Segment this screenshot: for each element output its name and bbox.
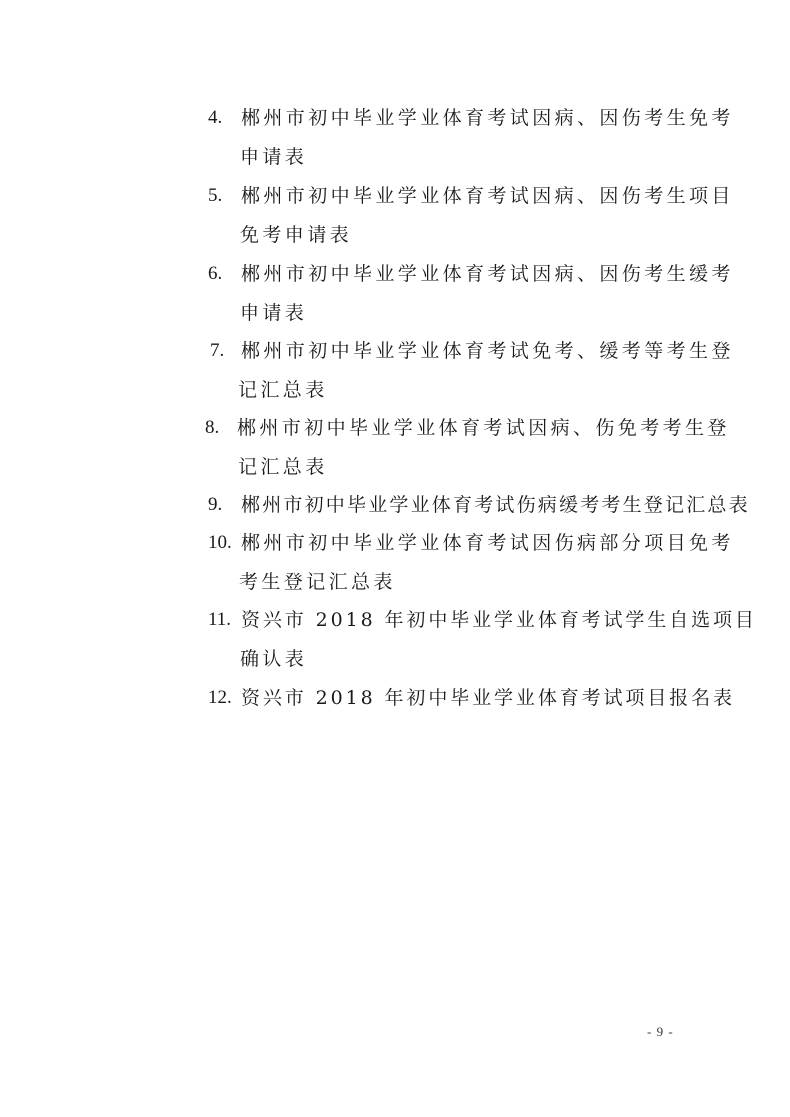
item-number: 5. (208, 184, 222, 208)
item-number: 12. (208, 686, 232, 710)
item-line: 郴州市初中毕业学业体育考试免考、缓考等考生登 (241, 339, 734, 363)
item-line: 申请表 (240, 145, 307, 169)
item-number: 9. (208, 493, 222, 517)
item-number: 7. (210, 339, 224, 363)
item-line: 考生登记汇总表 (239, 570, 396, 594)
item-line: 确认表 (240, 647, 307, 671)
item-number: 11. (208, 608, 231, 632)
item-line: 资兴市 2018 年初中毕业学业体育考试项目报名表 (241, 686, 735, 710)
page-number: - 9 - (647, 1024, 674, 1040)
item-line: 郴州市初中毕业学业体育考试因病、伤免考考生登 (237, 416, 730, 440)
item-number: 6. (208, 262, 222, 286)
item-line: 申请表 (240, 301, 307, 325)
item-line: 记汇总表 (238, 455, 328, 479)
item-number: 8. (205, 416, 219, 440)
item-line: 记汇总表 (238, 378, 328, 402)
item-number: 10. (208, 531, 232, 555)
item-line: 资兴市 2018 年初中毕业学业体育考试学生自选项目 (241, 608, 757, 632)
item-number: 4. (208, 106, 222, 130)
item-line: 郴州市初中毕业学业体育考试因病、因伤考生缓考 (241, 262, 734, 286)
item-line: 郴州市初中毕业学业体育考试伤病缓考考生登记汇总表 (241, 493, 750, 517)
item-line: 郴州市初中毕业学业体育考试因病、因伤考生免考 (241, 106, 734, 130)
item-line: 郴州市初中毕业学业体育考试因病、因伤考生项目 (241, 184, 734, 208)
item-line: 郴州市初中毕业学业体育考试因伤病部分项目免考 (241, 531, 734, 555)
document-page: 4. 郴州市初中毕业学业体育考试因病、因伤考生免考 申请表 5. 郴州市初中毕业… (0, 0, 790, 1117)
item-line: 免考申请表 (240, 223, 352, 247)
